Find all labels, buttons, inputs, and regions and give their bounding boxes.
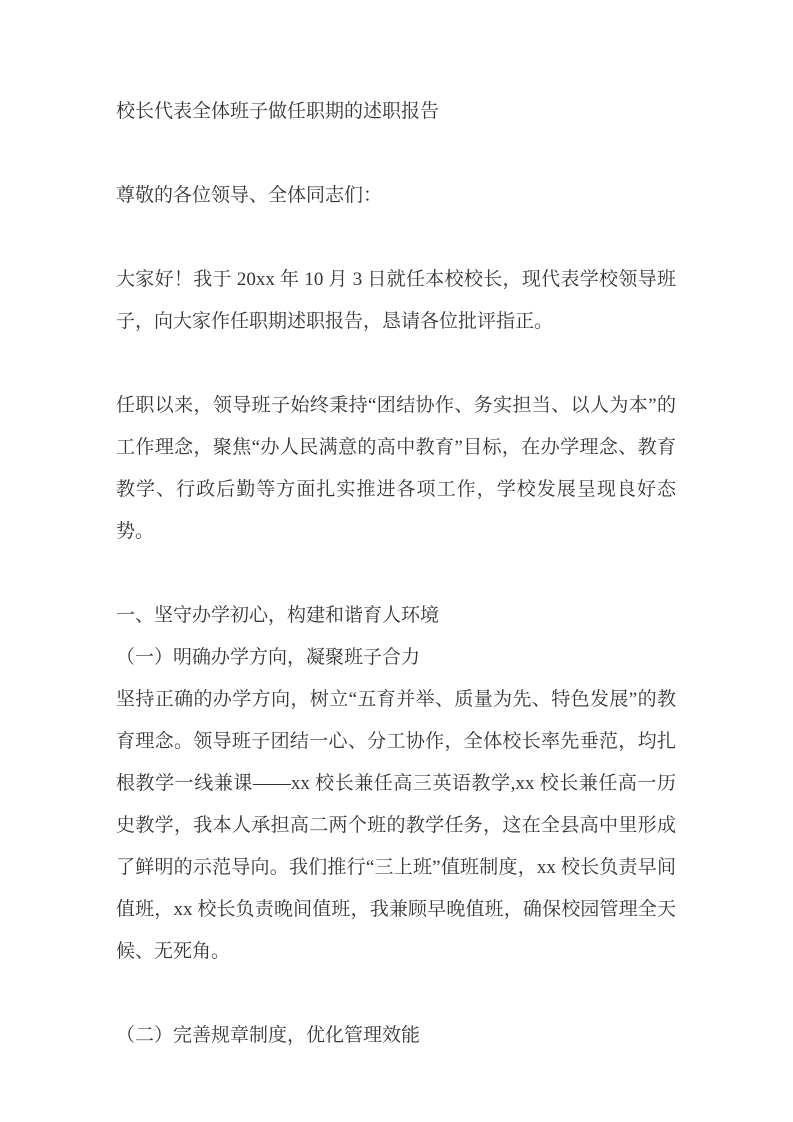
subsection-1-1-heading: （一）明确办学方向，凝聚班子合力 (116, 637, 676, 679)
salutation: 尊敬的各位领导、全体同志们： (116, 175, 676, 217)
document-title: 校长代表全体班子做任职期的述职报告 (116, 91, 676, 133)
section-1-heading: 一、坚守办学初心，构建和谐育人环境 (116, 595, 676, 637)
document-page: 校长代表全体班子做任职期的述职报告 尊敬的各位领导、全体同志们： 大家好！我于 … (0, 0, 793, 1122)
intro-paragraph: 大家好！我于 20xx 年 10 月 3 日就任本校校长，现代表学校领导班子，向… (116, 259, 676, 343)
overview-paragraph: 任职以来，领导班子始终秉持“团结协作、务实担当、以人为本”的工作理念，聚焦“办人… (116, 385, 676, 553)
subsection-1-2-heading: （二）完善规章制度，优化管理效能 (116, 1015, 676, 1057)
subsection-1-1-body: 坚持正确的办学方向，树立“五育并举、质量为先、特色发展”的教育理念。领导班子团结… (116, 679, 676, 973)
